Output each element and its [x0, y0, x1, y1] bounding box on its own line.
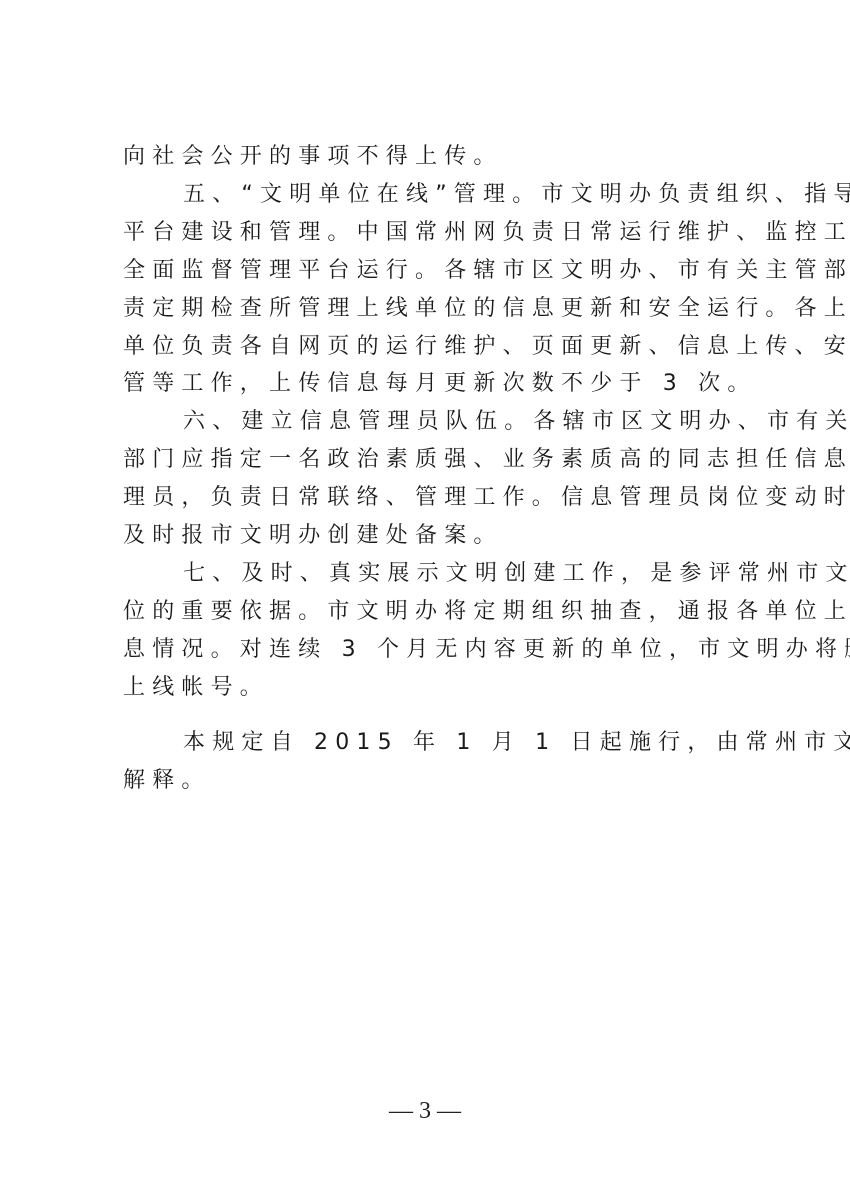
- text-line: 向社会公开的事项不得上传。: [123, 138, 723, 176]
- text-line: 平台建设和管理。中国常州网负责日常运行维护、监控工作，: [123, 214, 723, 252]
- paragraph-section-7-display-work: 七、及时、真实展示文明创建工作，是参评常州市文明单 位的重要依据。市文明办将定期…: [123, 555, 723, 707]
- text-line: 息情况。对连续 3 个月无内容更新的单位，市文明办将删除其: [123, 631, 723, 669]
- text-line: 责定期检查所管理上线单位的信息更新和安全运行。各上线: [123, 290, 723, 328]
- document-page: 向社会公开的事项不得上传。 五、“文明单位在线”管理。市文明办负责组织、指导、协…: [0, 0, 850, 1202]
- document-body: 向社会公开的事项不得上传。 五、“文明单位在线”管理。市文明办负责组织、指导、协…: [123, 138, 723, 799]
- text-line: 管等工作，上传信息每月更新次数不少于 3 次。: [123, 365, 723, 403]
- text-line: 位的重要依据。市文明办将定期组织抽查，通报各单位上传信: [123, 593, 723, 631]
- text-line: 本规定自 2015 年 1 月 1 日起施行，由常州市文明办负责: [123, 724, 723, 762]
- paragraph-section-5-online-management: 五、“文明单位在线”管理。市文明办负责组织、指导、协调 平台建设和管理。中国常州…: [123, 176, 723, 403]
- text-line: 理员，负责日常联络、管理工作。信息管理员岗位变动时，要: [123, 479, 723, 517]
- text-line: 上线帐号。: [123, 669, 723, 707]
- paragraph-continuation: 向社会公开的事项不得上传。: [123, 138, 723, 176]
- text-line: 五、“文明单位在线”管理。市文明办负责组织、指导、协调: [123, 176, 723, 214]
- text-line: 及时报市文明办创建处备案。: [123, 517, 723, 555]
- text-line: 六、建立信息管理员队伍。各辖市区文明办、市有关主管: [123, 403, 723, 441]
- text-line: 单位负责各自网页的运行维护、页面更新、信息上传、安全监: [123, 328, 723, 366]
- text-line: 全面监督管理平台运行。各辖市区文明办、市有关主管部门负: [123, 252, 723, 290]
- paragraph-effective-date: 本规定自 2015 年 1 月 1 日起施行，由常州市文明办负责 解释。: [123, 724, 723, 800]
- text-line: 七、及时、真实展示文明创建工作，是参评常州市文明单: [123, 555, 723, 593]
- paragraph-section-6-info-admin-team: 六、建立信息管理员队伍。各辖市区文明办、市有关主管 部门应指定一名政治素质强、业…: [123, 403, 723, 555]
- page-number: — 3 —: [0, 1098, 850, 1125]
- text-line: 部门应指定一名政治素质强、业务素质高的同志担任信息管: [123, 441, 723, 479]
- text-line: 解释。: [123, 762, 723, 800]
